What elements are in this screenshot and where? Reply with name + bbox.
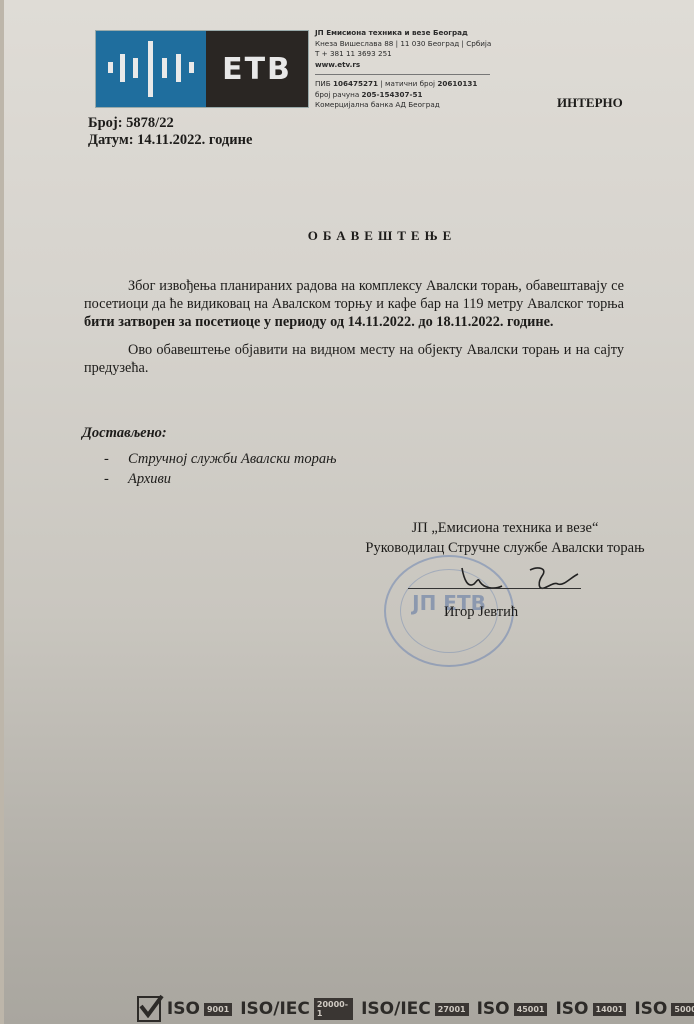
- org-address: Кнеза Вишеслава 88 | 11 030 Београд | Ср…: [315, 39, 491, 50]
- signature-role: Руководилац Стручне службе Авалски торањ: [355, 538, 655, 558]
- org-account: број рачуна 205-154307-51: [315, 90, 491, 101]
- paper-edge: [0, 0, 4, 1024]
- document-number: Број: 5878/22: [88, 115, 252, 132]
- signature-block: ЈП „Емисиона техника и везе“ Руководилац…: [355, 518, 655, 558]
- signature-org: ЈП „Емисиона техника и везе“: [355, 518, 655, 538]
- org-website: www.etv.rs: [315, 60, 360, 69]
- signer-name: Игор Јевтић: [444, 604, 518, 621]
- document-date: Датум: 14.11.2022. године: [88, 132, 252, 149]
- document-body: Због извођења планираних радова на компл…: [84, 277, 624, 387]
- body-paragraph-1: Због извођења планираних радова на компл…: [84, 277, 624, 331]
- org-ids: ПИБ 106475271 | матични број 20610131: [315, 79, 491, 90]
- header-divider: [315, 74, 490, 75]
- logo-text: ETB: [222, 52, 292, 87]
- delivered-list: -Стручној служби Авалски торањ -Архиви: [104, 449, 336, 489]
- body-paragraph-2: Ово обавештење објавити на видном месту …: [84, 341, 624, 377]
- classification-label: ИНТЕРНО: [557, 95, 623, 111]
- logo-soundwave-icon: [96, 31, 206, 107]
- org-name: ЈП Емисиона техника и везе Београд: [315, 28, 468, 37]
- org-bank: Комерцијална банка АД Београд: [315, 100, 491, 111]
- delivered-label: Достављено:: [82, 425, 167, 442]
- signature-line: [408, 588, 581, 589]
- checkmark-icon: [137, 996, 161, 1022]
- handwritten-signature-icon: [460, 560, 590, 600]
- document-meta: Број: 5878/22 Датум: 14.11.2022. године: [88, 115, 252, 149]
- list-item: -Стручној служби Авалски торањ: [104, 449, 336, 469]
- iso-certifications: ISO9001 ISO/IEC20000-1 ISO/IEC27001 ISO4…: [137, 996, 694, 1022]
- document-title: ОБАВЕШТЕЊЕ: [0, 228, 694, 244]
- company-logo: ETB: [95, 30, 309, 108]
- list-item: -Архиви: [104, 469, 336, 489]
- organization-info: ЈП Емисиона техника и везе Београд Кнеза…: [315, 28, 491, 111]
- org-phone: Т + 381 11 3693 251: [315, 49, 491, 60]
